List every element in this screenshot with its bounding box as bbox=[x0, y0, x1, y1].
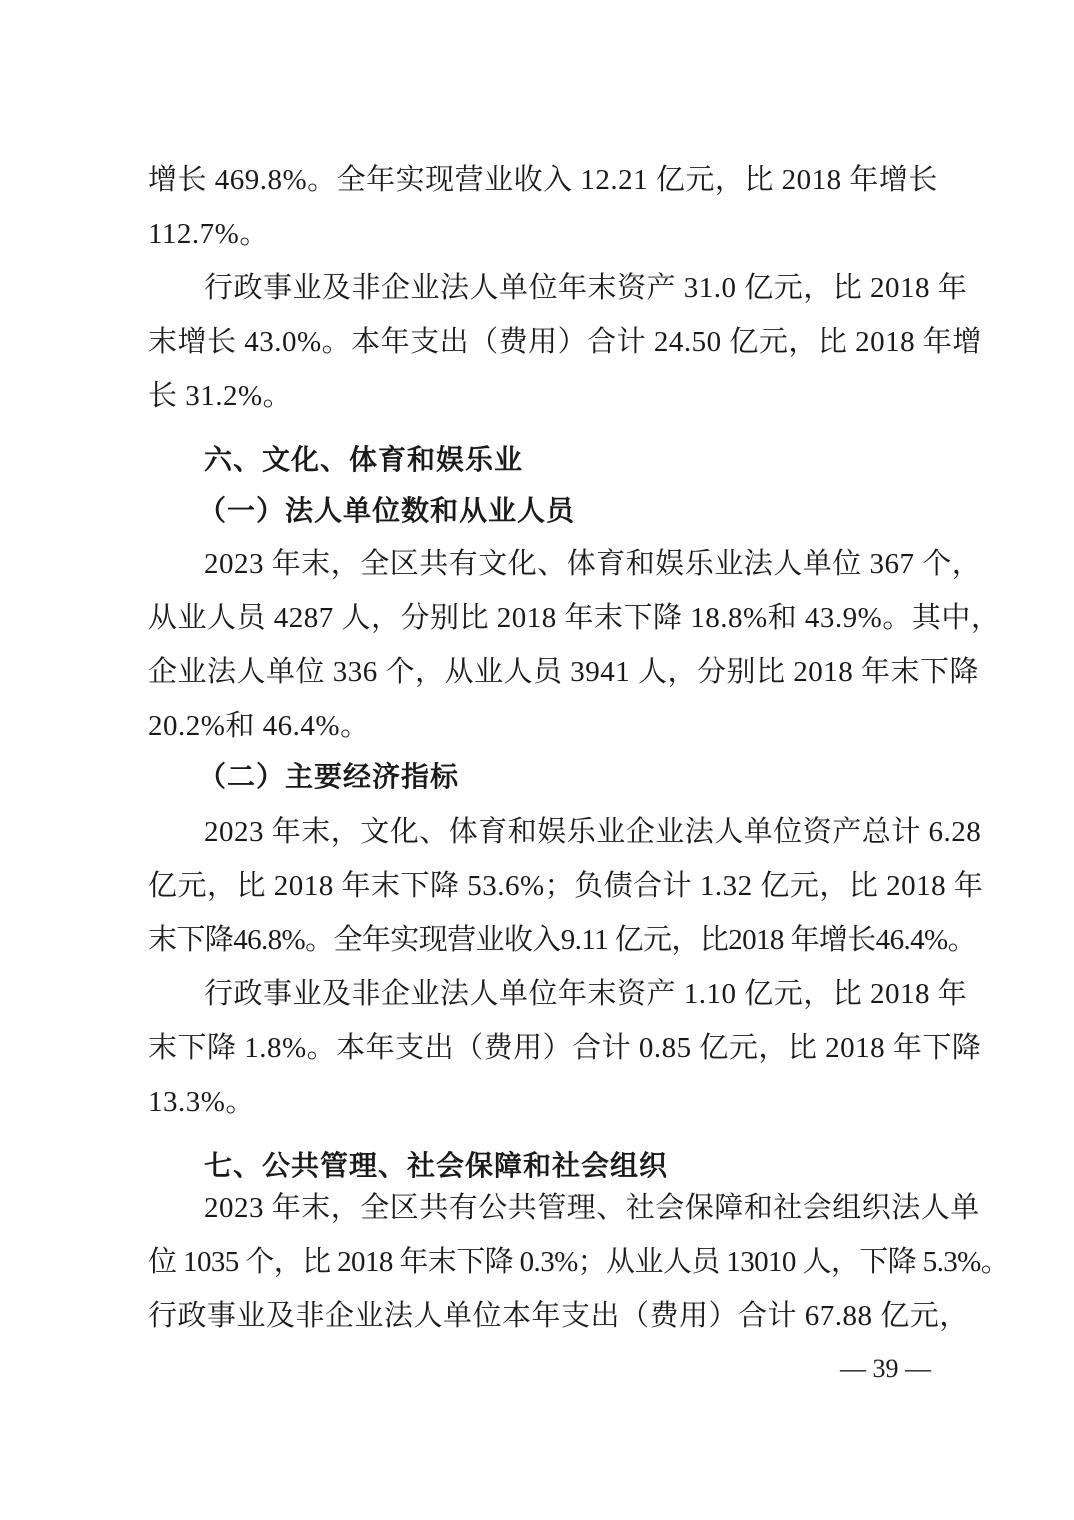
paragraph-line: 末下降 1.8%。本年支出（费用）合计 0.85 亿元，比 2018 年下降 bbox=[148, 1030, 930, 1066]
paragraph-line: 2023 年末，全区共有文化、体育和娱乐业法人单位 367 个， bbox=[204, 546, 930, 582]
paragraph-line: 13.3%。 bbox=[148, 1084, 930, 1120]
paragraph-line: 20.2%和 46.4%。 bbox=[148, 708, 930, 744]
paragraph-line: 行政事业及非企业法人单位本年支出（费用）合计 67.88 亿元， bbox=[148, 1298, 930, 1334]
paragraph-line: 2023 年末，全区共有公共管理、社会保障和社会组织法人单 bbox=[204, 1190, 930, 1226]
subsection-heading: （一）法人单位数和从业人员 bbox=[198, 494, 575, 530]
paragraph-line: 末增长 43.0%。本年支出（费用）合计 24.50 亿元，比 2018 年增 bbox=[148, 324, 930, 360]
paragraph-line: 增长 469.8%。全年实现营业收入 12.21 亿元，比 2018 年增长 bbox=[148, 162, 930, 198]
paragraph-line: 112.7%。 bbox=[148, 216, 930, 252]
paragraph-line: 行政事业及非企业法人单位年末资产 1.10 亿元，比 2018 年 bbox=[204, 976, 930, 1012]
paragraph-line: 长 31.2%。 bbox=[148, 378, 930, 414]
paragraph-line: 位 1035 个，比 2018 年末下降 0.3%；从业人员 13010 人，下… bbox=[148, 1244, 930, 1280]
paragraph-line: 2023 年末，文化、体育和娱乐业企业法人单位资产总计 6.28 bbox=[204, 814, 930, 850]
paragraph-line: 企业法人单位 336 个，从业人员 3941 人，分别比 2018 年末下降 bbox=[148, 654, 930, 690]
page-number: — 39 — bbox=[840, 1352, 931, 1386]
paragraph-line: 从业人员 4287 人，分别比 2018 年末下降 18.8%和 43.9%。其… bbox=[148, 600, 930, 636]
paragraph-line: 末下降46.8%。全年实现营业收入9.11 亿元，比2018 年增长46.4%。 bbox=[148, 922, 930, 958]
paragraph-line: 行政事业及非企业法人单位年末资产 31.0 亿元，比 2018 年 bbox=[204, 270, 930, 306]
section-heading: 七、公共管理、社会保障和社会组织 bbox=[204, 1148, 668, 1184]
section-heading: 六、文化、体育和娱乐业 bbox=[204, 442, 523, 478]
paragraph-line: 亿元，比 2018 年末下降 53.6%；负债合计 1.32 亿元，比 2018… bbox=[148, 868, 930, 904]
subsection-heading: （二）主要经济指标 bbox=[198, 760, 459, 796]
